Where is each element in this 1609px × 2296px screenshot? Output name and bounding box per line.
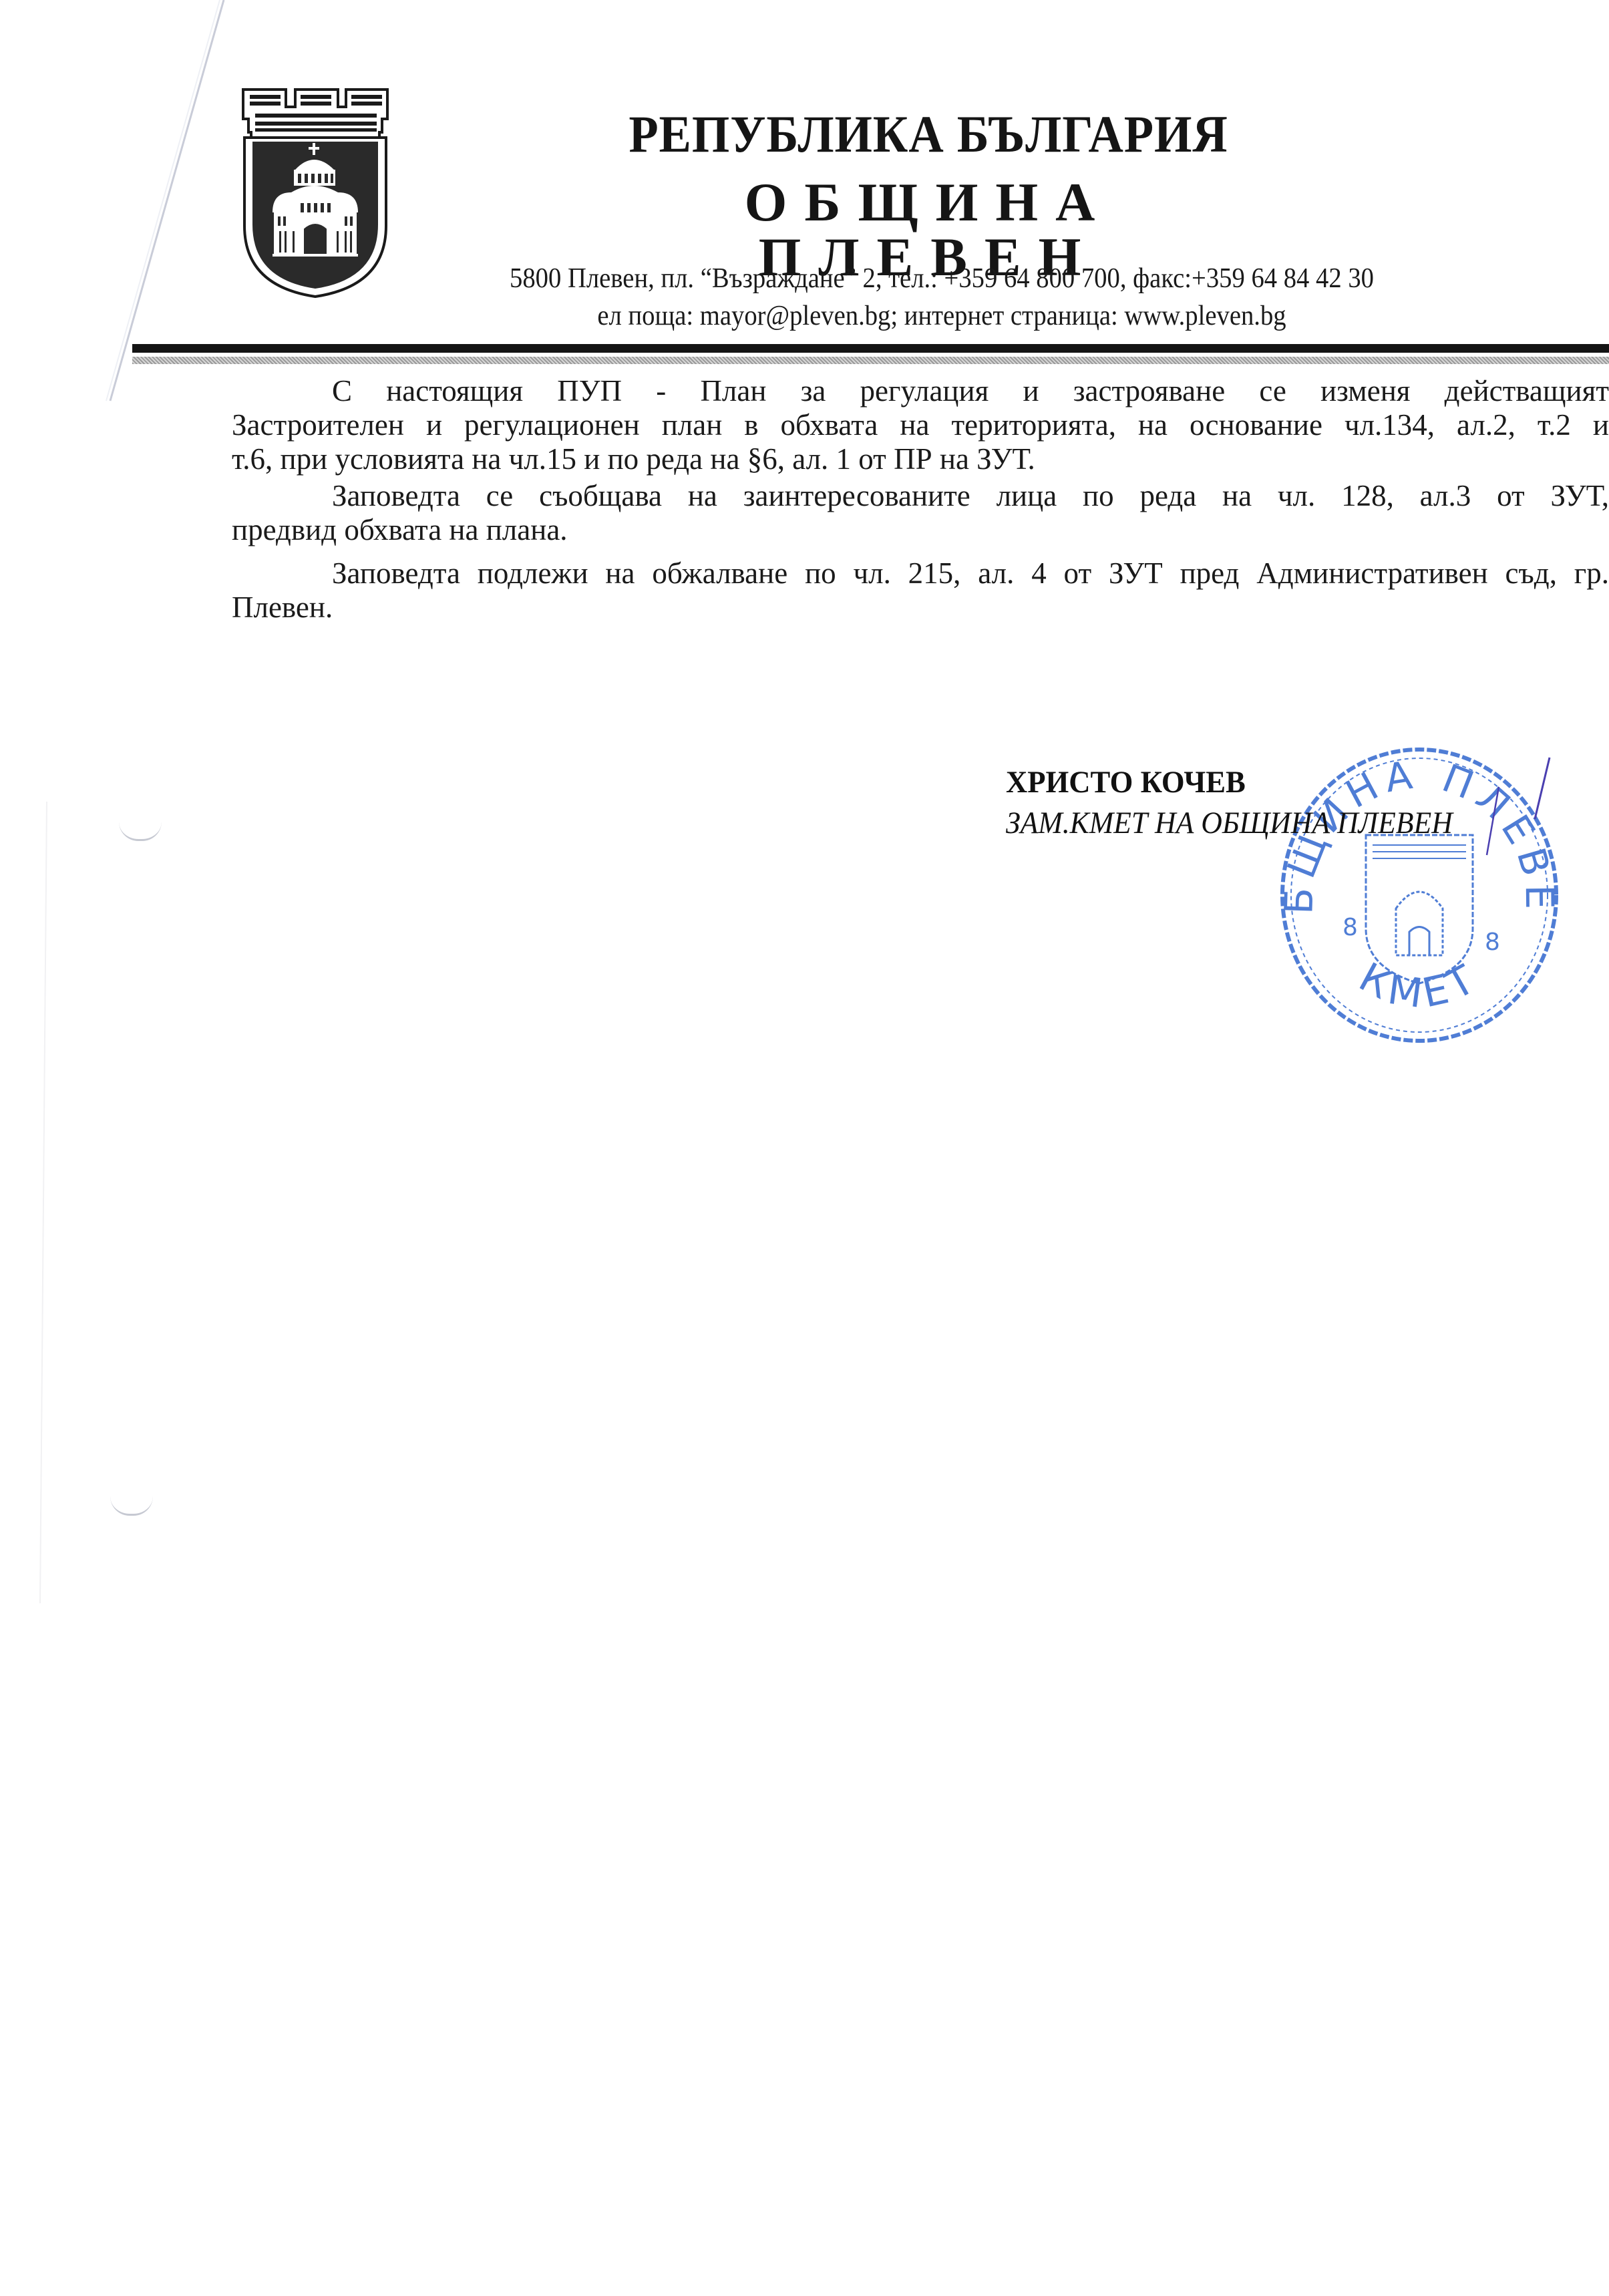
handwritten-signature-icon [1449, 755, 1583, 875]
text-line: Плевен. [232, 591, 1609, 625]
letterhead-address: 5800 Плевен, пл. “Възраждане” 2, тел.: +… [444, 265, 1439, 293]
pleven-coat-of-arms-icon [239, 86, 391, 299]
letterhead-contact: ел поща: mayor@pleven.bg; интернет стран… [444, 302, 1439, 330]
text-line: т.6, при условията на чл.15 и по реда на… [232, 442, 1609, 476]
text-line: Заповедта подлежи на обжалване по чл. 21… [232, 556, 1609, 591]
text-line: предвид обхвата на плана. [232, 513, 1609, 547]
svg-text:8: 8 [1343, 914, 1358, 941]
svg-text:КМЕТ: КМЕТ [1351, 954, 1487, 1018]
text-line: Заповедта се съобщава на заинтересованит… [232, 479, 1609, 513]
punch-hole-mark [110, 1496, 153, 1516]
text-line: С настоящия ПУП - План за регулация и за… [232, 374, 1609, 408]
paragraph-plan-amendment: С настоящия ПУП - План за регулация и за… [232, 374, 1609, 476]
signatory-name: ХРИСТО КОЧЕВ [1006, 767, 1246, 798]
paragraph-notification: Заповедта се съобщава на заинтересованит… [232, 479, 1609, 547]
text-line: Застроителен и регулационен план в обхва… [232, 408, 1609, 442]
letterhead-title: РЕПУБЛИКА БЪЛГАРИЯ [599, 108, 1258, 160]
document-body: С настоящия ПУП - План за регулация и за… [232, 374, 1609, 627]
svg-text:8: 8 [1485, 929, 1500, 956]
header-rule-hatched [132, 357, 1609, 364]
punch-hole-mark [119, 822, 162, 841]
header-rule [132, 344, 1609, 353]
signatory-title: ЗАМ.КМЕТ НА ОБЩИНА ПЛЕВЕН [1006, 808, 1453, 839]
paragraph-appeal: Заповедта подлежи на обжалване по чл. 21… [232, 556, 1609, 625]
